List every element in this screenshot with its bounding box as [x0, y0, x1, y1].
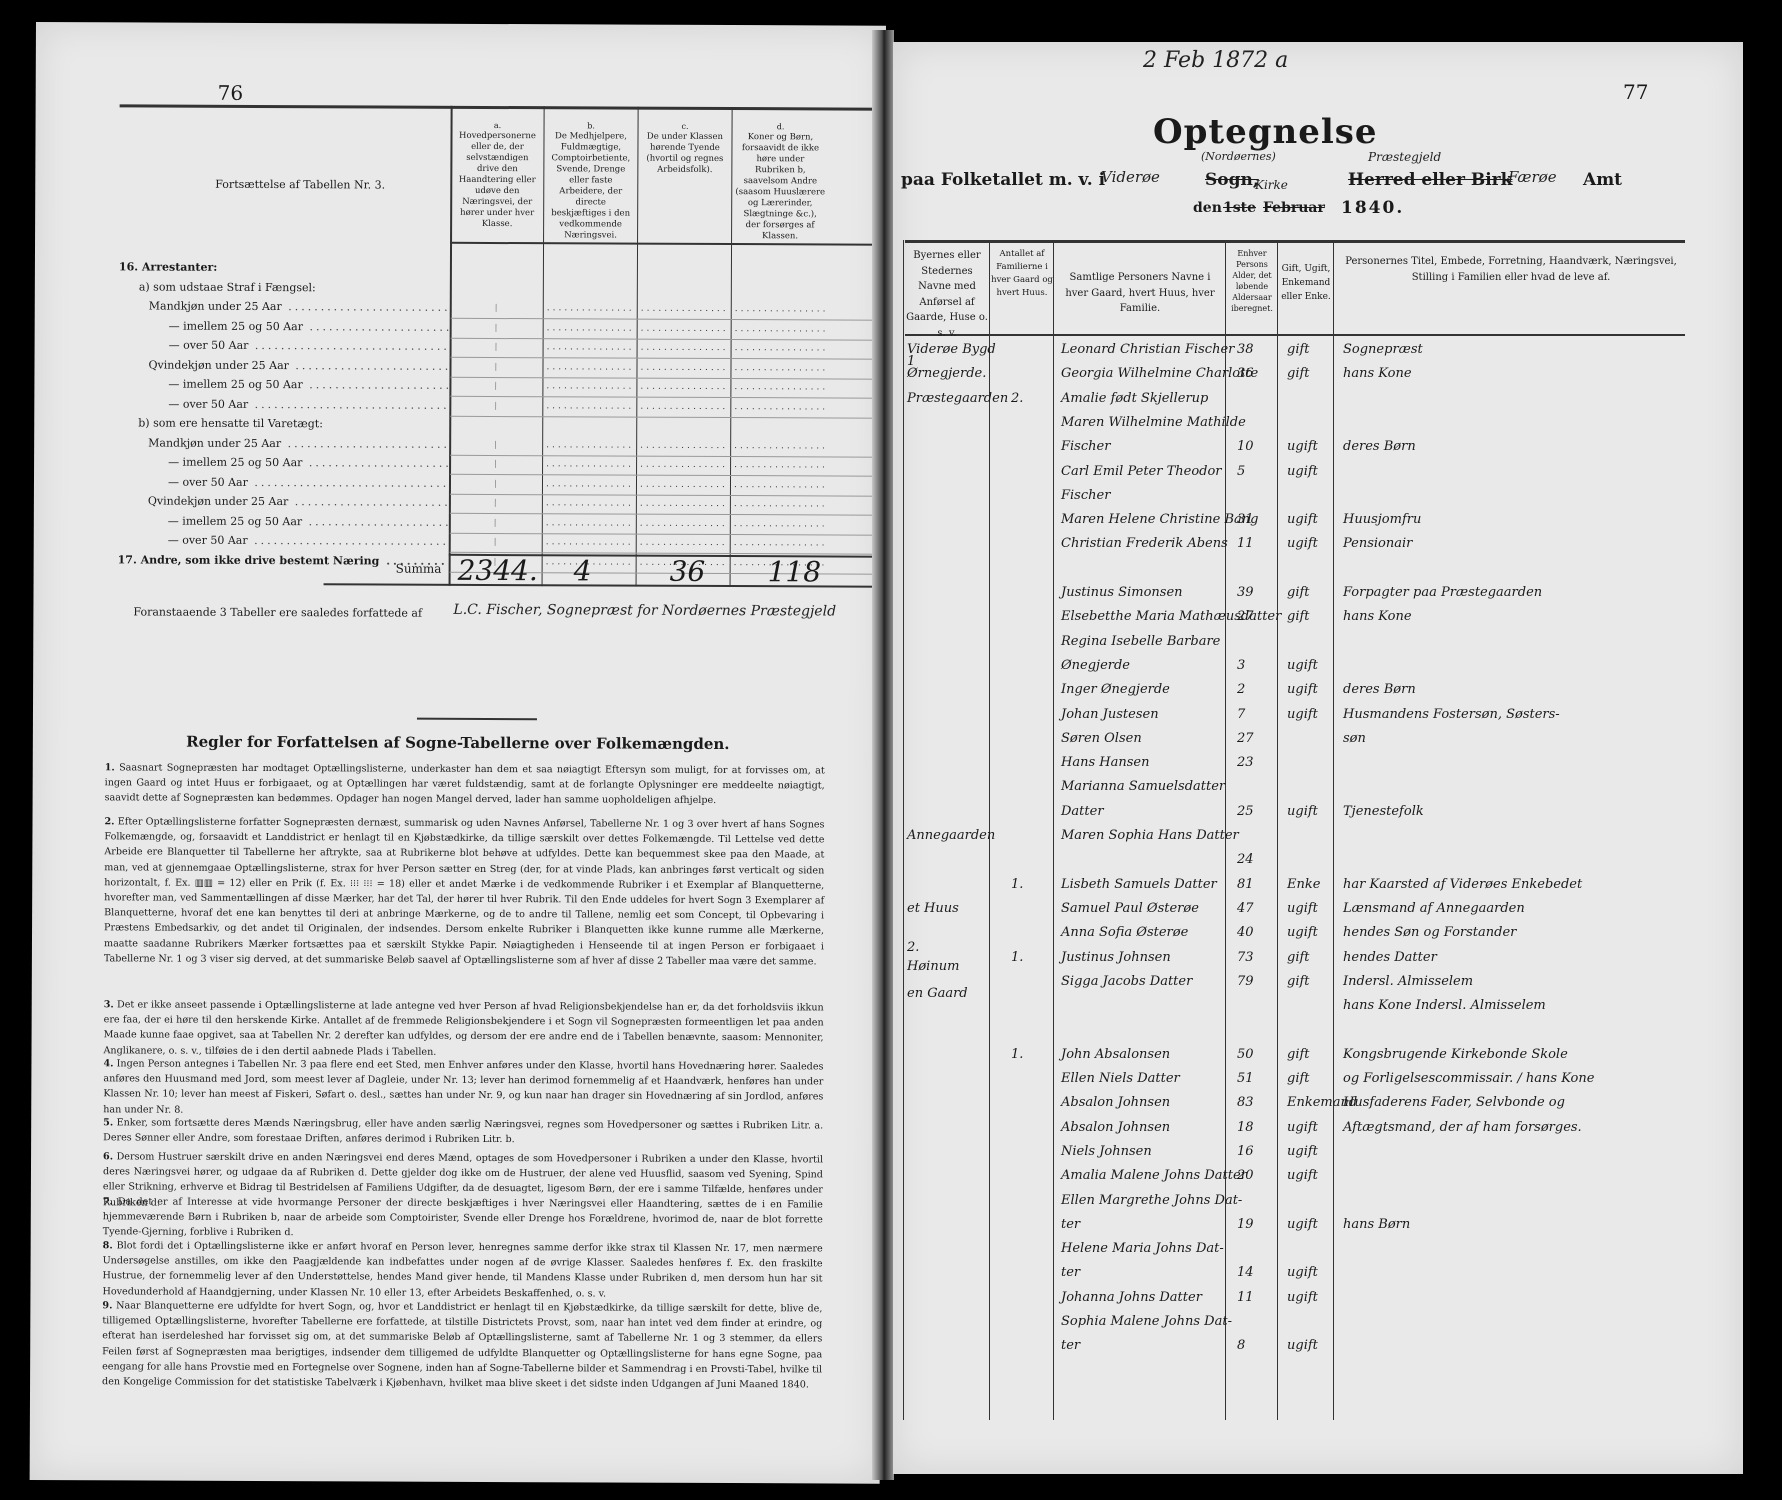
census-row: Maren Wilhelmine Mathilde	[893, 415, 1743, 439]
rule-paragraph: 4. Ingen Person antegnes i Tabellen Nr. …	[103, 1056, 823, 1120]
person-name: Amalia Malene Johns Datter	[1061, 1168, 1247, 1183]
empty-cell: |	[494, 459, 497, 468]
marital-status: ugift	[1287, 464, 1318, 479]
empty-cell: ..............................	[547, 323, 635, 333]
amt-handwritten: Færøe	[1508, 168, 1557, 186]
empty-cell: ..............................	[640, 538, 728, 548]
marital-status: ugift	[1287, 658, 1318, 673]
empty-cell: ..............................	[734, 402, 824, 412]
census-row: Regina Isebelle Barbare	[893, 634, 1743, 658]
row-label: Qvindekjøn under 25 Aar ................…	[148, 494, 448, 508]
empty-cell: ..............................	[546, 518, 634, 528]
column-header-status: Gift, Ugift, Enkemand eller Enke.	[1279, 262, 1333, 304]
census-row: 1.John Absalonsen50giftKongsbrugende Kir…	[893, 1047, 1743, 1071]
rule-paragraph: 3. Det er ikke anseet passende i Optælli…	[103, 997, 823, 1061]
person-age: 19	[1237, 1217, 1254, 1232]
page-number-left: 76	[218, 81, 244, 105]
person-name: Johanna Johns Datter	[1061, 1290, 1202, 1305]
person-name: Georgia Wilhelmine Charlotte	[1061, 366, 1258, 381]
arrestanter-rows: 16. Arrestanter:a) som udstaae Straf i F…	[36, 22, 886, 26]
row-label: 16. Arrestanter:	[119, 260, 217, 273]
census-row: 1.Lisbeth Samuels Datter81Enkehar Kaarst…	[893, 877, 1743, 901]
marital-status: gift	[1287, 366, 1310, 381]
census-row: Marianna Samuelsdatter	[893, 779, 1743, 803]
rule-number: 6.	[103, 1151, 113, 1162]
rule-text: Da det er af Interesse at vide hvormange…	[103, 1196, 823, 1238]
census-row: hans Kone Indersl. Almisselem	[893, 998, 1743, 1022]
date-day: 1ste	[1223, 200, 1256, 216]
date-year: 1840.	[1341, 198, 1404, 218]
signature-prefix: Foranstaaende 3 Tabeller ere saaledes fo…	[133, 605, 422, 619]
occupation: deres Børn	[1343, 439, 1416, 454]
marital-status: gift	[1287, 974, 1310, 989]
sogn-label: Sogn,	[1205, 170, 1259, 190]
row-rule	[450, 415, 884, 418]
header-top-rule	[905, 240, 1685, 243]
person-name: Carl Emil Peter Theodor	[1061, 464, 1222, 479]
person-name: Absalon Johnsen	[1061, 1120, 1170, 1135]
empty-cell: ..............................	[640, 382, 728, 392]
family-count: 1.	[1011, 877, 1023, 892]
occupation: hans Kone Indersl. Almisselem	[1343, 998, 1546, 1013]
page-title: Optegnelse	[1153, 112, 1378, 152]
column-header-families: Antallet af Familierne i hver Gaard og h…	[991, 248, 1053, 300]
date-month: Februar	[1263, 200, 1325, 216]
column-header-names: Samtlige Personers Navne i hver Gaard, h…	[1057, 270, 1223, 317]
marital-status: gift	[1287, 609, 1310, 624]
empty-cell: |	[494, 479, 497, 488]
empty-cell: ..............................	[640, 499, 728, 509]
person-age: 51	[1237, 1071, 1254, 1086]
marital-status: ugift	[1287, 439, 1318, 454]
marital-status: ugift	[1287, 901, 1318, 916]
occupation: har Kaarsted af Viderøes Enkebedet	[1343, 877, 1582, 892]
person-age: 27	[1237, 609, 1254, 624]
subtitle-prefix: paa Folketallet m. v. i	[901, 170, 1105, 190]
census-row: Ellen Niels Datter51giftog Forligelsesco…	[893, 1071, 1743, 1095]
marital-status: ugift	[1287, 1217, 1318, 1232]
row-rule	[450, 376, 884, 379]
census-row: Samuel Paul Østerøe47ugiftLænsmand af An…	[893, 901, 1743, 925]
person-name: Fischer	[1061, 439, 1110, 454]
person-name: Johan Justesen	[1061, 707, 1159, 722]
row-label: — over 50 Aar ..........................…	[169, 339, 449, 353]
empty-cell: |	[495, 342, 498, 351]
row-label: — imellem 25 og 50 Aar .................…	[168, 456, 448, 470]
empty-cell: ..............................	[546, 479, 634, 489]
rule-number: 3.	[104, 999, 114, 1010]
sogn-handwritten: Kirke	[1255, 178, 1288, 192]
empty-cell: ..............................	[734, 499, 824, 509]
archive-note: 2 Feb 1872 a	[1143, 48, 1288, 73]
census-row: Georgia Wilhelmine Charlotte36gifthans K…	[893, 366, 1743, 390]
census-row: Datter25ugiftTjenestefolk	[893, 804, 1743, 828]
census-row: ter14ugift	[893, 1265, 1743, 1289]
empty-cell: |	[495, 303, 498, 312]
marital-status: gift	[1287, 950, 1310, 965]
person-name: Ellen Margrethe Johns Dat-	[1061, 1193, 1242, 1208]
occupation: og Forligelsescommissair. / hans Kone	[1343, 1071, 1594, 1086]
marital-status: ugift	[1287, 1338, 1318, 1353]
marital-status: ugift	[1287, 925, 1318, 940]
empty-cell: ..............................	[735, 324, 825, 334]
occupation: Lænsmand af Annegaarden	[1343, 901, 1525, 916]
marital-status: ugift	[1287, 1120, 1318, 1135]
empty-cell: ..............................	[641, 304, 729, 314]
summa-b: 4	[574, 554, 592, 587]
empty-cell: ..............................	[640, 362, 728, 372]
occupation: Husmandens Fostersøn, Søsters-	[1343, 707, 1560, 722]
empty-cell: ..............................	[546, 537, 634, 547]
page-number-right: 77	[1623, 80, 1648, 104]
table-title: Fortsættelse af Tabellen Nr. 3.	[215, 178, 385, 192]
person-age: 11	[1237, 536, 1254, 551]
row-rule	[450, 532, 884, 535]
census-row: Elsebetthe Maria Mathæusdatter27gifthans…	[893, 609, 1743, 633]
census-row	[893, 561, 1743, 585]
family-count: 1.	[1011, 950, 1023, 965]
census-row: Ønegjerde3ugift	[893, 658, 1743, 682]
census-row: Maren Sophia Hans Datter	[893, 828, 1743, 852]
person-age: 39	[1237, 585, 1254, 600]
person-name: Datter	[1061, 804, 1104, 819]
rule-text: Blot fordi det i Optællingslisterne ikke…	[102, 1240, 822, 1299]
empty-cell: |	[494, 381, 497, 390]
marital-status: ugift	[1287, 682, 1318, 697]
empty-cell: ..............................	[734, 382, 824, 392]
person-age: 25	[1237, 804, 1254, 819]
census-row: Søren Olsen27søn	[893, 731, 1743, 755]
person-name: Helene Maria Johns Dat-	[1061, 1241, 1224, 1256]
row-label: — over 50 Aar ..........................…	[168, 534, 448, 548]
census-row: Inger Ønegjerde2ugiftderes Børn	[893, 682, 1743, 706]
census-row: Christian Frederik Abens11ugiftPensionai…	[893, 536, 1743, 560]
rule-text: Ingen Person antegnes i Tabellen Nr. 3 p…	[103, 1058, 823, 1115]
summa-a: 2344.	[458, 554, 538, 587]
census-row: Niels Johnsen16ugift	[893, 1144, 1743, 1168]
person-age: 47	[1237, 901, 1254, 916]
person-age: 73	[1237, 950, 1254, 965]
occupation: Forpagter paa Præstegaarden	[1343, 585, 1542, 600]
census-row: 1.Justinus Johnsen73gifthendes Datter	[893, 950, 1743, 974]
marital-status: ugift	[1287, 512, 1318, 527]
occupation: Indersl. Almisselem	[1343, 974, 1473, 989]
person-age: 81	[1237, 877, 1254, 892]
rule-paragraph: 1. Saasnart Sognepræsten har modtaget Op…	[105, 760, 825, 809]
row-label: Qvindekjøn under 25 Aar ................…	[148, 358, 448, 372]
row-label: — imellem 25 og 50 Aar .................…	[168, 514, 448, 528]
occupation: Sognepræst	[1343, 342, 1423, 357]
census-row: Fischer	[893, 488, 1743, 512]
person-age: 2	[1237, 682, 1245, 697]
empty-cell: ..............................	[640, 440, 728, 450]
summa-c: 36	[670, 555, 706, 588]
header-bottom-rule	[905, 334, 1685, 336]
census-row: ter19ugifthans Børn	[893, 1217, 1743, 1241]
person-age: 83	[1237, 1095, 1254, 1110]
person-age: 7	[1237, 707, 1245, 722]
ornament-divider	[417, 718, 537, 725]
column-header-place: Byernes eller Stedernes Navne med Anførs…	[905, 248, 989, 341]
person-age: 50	[1237, 1047, 1254, 1062]
rule-paragraph: 8. Blot fordi det i Optællingslisterne i…	[102, 1238, 822, 1302]
empty-cell: |	[494, 498, 497, 507]
occupation: deres Børn	[1343, 682, 1416, 697]
person-name: Niels Johnsen	[1061, 1144, 1152, 1159]
census-row: Ellen Margrethe Johns Dat-	[893, 1193, 1743, 1217]
empty-cell: ..............................	[734, 519, 824, 529]
empty-cell: |	[494, 518, 497, 527]
person-name: John Absalonsen	[1061, 1047, 1170, 1062]
census-row	[893, 1022, 1743, 1046]
census-row: Sigga Jacobs Datter79giftIndersl. Almiss…	[893, 974, 1743, 998]
person-name: Fischer	[1061, 488, 1110, 503]
person-name: Marianna Samuelsdatter	[1061, 779, 1225, 794]
person-age: 3	[1237, 658, 1245, 673]
rule-number: 1.	[105, 762, 115, 773]
column-header-c: c.De under Klassen hørende Tyende (hvort…	[641, 121, 728, 176]
person-name: Sigga Jacobs Datter	[1061, 974, 1192, 989]
census-row: Johanna Johns Datter11ugift	[893, 1290, 1743, 1314]
rule-paragraph: 7. Da det er af Interesse at vide hvorma…	[103, 1194, 823, 1243]
empty-cell: ..............................	[546, 459, 634, 469]
signature-handwritten: L.C. Fischer, Sognepræst for Nordøernes …	[453, 602, 836, 620]
row-rule	[450, 493, 884, 496]
occupation: Husfaderens Fader, Selvbonde og	[1343, 1095, 1565, 1110]
census-row: Johan Justesen7ugiftHusmandens Fostersøn…	[893, 707, 1743, 731]
person-name: Hans Hansen	[1061, 755, 1149, 770]
row-rule	[451, 357, 885, 360]
date-prefix: den	[1193, 200, 1222, 216]
person-age: 40	[1237, 925, 1254, 940]
person-name: ter	[1061, 1217, 1080, 1232]
person-name: Sophia Malene Johns Dat-	[1061, 1314, 1232, 1329]
rules-list: 1. Saasnart Sognepræsten har modtaget Op…	[36, 22, 886, 26]
row-rule	[451, 337, 885, 340]
empty-cell: ..............................	[735, 343, 825, 353]
person-age: 16	[1237, 1144, 1254, 1159]
person-age: 27	[1237, 731, 1254, 746]
family-count: 2.	[1011, 391, 1023, 406]
empty-cell: ..............................	[641, 323, 729, 333]
census-row: Sophia Malene Johns Dat-	[893, 1314, 1743, 1338]
marital-status: ugift	[1287, 707, 1318, 722]
person-age: 10	[1237, 439, 1254, 454]
row-rule	[450, 474, 884, 477]
census-row: ter8ugift	[893, 1338, 1743, 1362]
person-age: 23	[1237, 755, 1254, 770]
person-age: 31	[1237, 512, 1254, 527]
rule-number: 7.	[103, 1196, 113, 1207]
person-name: Inger Ønegjerde	[1061, 682, 1170, 697]
empty-cell: ..............................	[640, 460, 728, 470]
person-name: Maren Helene Christine Bang	[1061, 512, 1259, 527]
person-age: 8	[1237, 1338, 1245, 1353]
person-name: Lisbeth Samuels Datter	[1061, 877, 1217, 892]
row-label: — over 50 Aar ..........................…	[168, 475, 448, 489]
column-header-a: a.Hovedpersonerne eller de, der selvstæn…	[454, 120, 540, 230]
parish-handwritten: Viderøe	[1101, 168, 1160, 186]
person-name: ter	[1061, 1338, 1080, 1353]
person-name: Justinus Simonsen	[1061, 585, 1183, 600]
person-name: Ellen Niels Datter	[1061, 1071, 1180, 1086]
person-age: 5	[1237, 464, 1245, 479]
occupation: hendes Datter	[1343, 950, 1437, 965]
left-page: 76 Fortsættelse af Tabellen Nr. 3. a.Hov…	[30, 22, 886, 1484]
empty-cell: ..............................	[641, 343, 729, 353]
row-label: a) som udstaae Straf i Fængsel:	[139, 280, 316, 294]
occupation: Kongsbrugende Kirkebonde Skole	[1343, 1047, 1568, 1062]
marital-status: ugift	[1287, 536, 1318, 551]
empty-cell: |	[494, 440, 497, 449]
marital-status: gift	[1287, 1071, 1310, 1086]
empty-cell: ..............................	[547, 342, 635, 352]
occupation: Aftægtsmand, der af ham forsørges.	[1343, 1120, 1582, 1135]
column-header-b: b.De Medhjelpere, Fuldmægtige, Comptoirb…	[547, 120, 635, 241]
row-label: Mandkjøn under 25 Aar ..................…	[149, 299, 449, 313]
census-row: Justinus Simonsen39giftForpagter paa Præ…	[893, 585, 1743, 609]
summa-label: Summa	[396, 562, 442, 576]
empty-cell: ..............................	[734, 460, 824, 470]
person-name: Christian Frederik Abens	[1061, 536, 1228, 551]
marital-status: ugift	[1287, 1265, 1318, 1280]
book-binding	[872, 30, 894, 1480]
empty-cell: ..............................	[547, 303, 635, 313]
right-page: 2 Feb 1872 a 77 Optegnelse paa Folketall…	[893, 42, 1743, 1474]
person-age: 20	[1237, 1168, 1254, 1183]
person-name: Samuel Paul Østerøe	[1061, 901, 1199, 916]
person-age: 38	[1237, 342, 1254, 357]
rule-text: Det er ikke anseet passende i Optællings…	[103, 999, 823, 1057]
person-age: 36	[1237, 366, 1254, 381]
empty-cell: ..............................	[640, 479, 728, 489]
person-age: 24	[1237, 852, 1254, 867]
empty-cell: ..............................	[734, 480, 824, 490]
person-name: Søren Olsen	[1061, 731, 1142, 746]
marital-status: gift	[1287, 1047, 1310, 1062]
occupation: Tjenestefolk	[1343, 804, 1424, 819]
family-count: 1.	[1011, 1047, 1023, 1062]
row-rule	[451, 318, 885, 321]
herred-struck: Herred eller Birk	[1348, 170, 1512, 190]
census-row: Maren Helene Christine Bang31ugiftHuusjo…	[893, 512, 1743, 536]
empty-cell: ..............................	[546, 362, 634, 372]
marital-status: Enke	[1287, 877, 1320, 892]
census-row: Absalon Johnsen18ugiftAftægtsmand, der a…	[893, 1120, 1743, 1144]
rule-paragraph: 5. Enker, som fortsætte deres Mænds Næri…	[103, 1115, 823, 1149]
marital-status: ugift	[1287, 1290, 1318, 1305]
census-row: Amalia Malene Johns Datter20ugift	[893, 1168, 1743, 1192]
rule-number: 8.	[103, 1240, 113, 1251]
column-header-occupation: Personernes Titel, Embede, Forretning, H…	[1339, 254, 1683, 285]
column-header-age: Enhver Persons Alder, det løbende Alders…	[1227, 248, 1277, 314]
empty-cell: ..............................	[734, 441, 824, 451]
occupation: hans Kone	[1343, 609, 1412, 624]
column-header-d: d.Koner og Børn, forsaavidt de ikke høre…	[735, 121, 826, 242]
census-row: Leonard Christian Fischer38giftSognepræs…	[893, 342, 1743, 366]
rule-text: Naar Blanquetterne ere udfyldte for hver…	[102, 1300, 822, 1390]
empty-cell: ..............................	[546, 498, 634, 508]
row-label: — over 50 Aar ..........................…	[168, 397, 448, 411]
empty-cell: ..............................	[734, 538, 824, 548]
person-age: 11	[1237, 1290, 1254, 1305]
census-row: Absalon Johnsen83EnkemandHusfaderens Fad…	[893, 1095, 1743, 1119]
rule-text: Efter Optællingslisterne forfatter Sogne…	[104, 816, 825, 967]
empty-cell: |	[495, 323, 498, 332]
empty-cell: ..............................	[640, 401, 728, 411]
person-name: Justinus Johnsen	[1061, 950, 1171, 965]
empty-cell: ..............................	[735, 304, 825, 314]
rule-paragraph: 9. Naar Blanquetterne ere udfyldte for h…	[102, 1298, 822, 1392]
summa-d: 118	[768, 555, 822, 588]
census-row: Fischer10ugiftderes Børn	[893, 439, 1743, 463]
row-label: — imellem 25 og 50 Aar .................…	[168, 378, 448, 392]
rules-title: Regler for Forfattelsen af Sogne-Tabelle…	[33, 732, 883, 754]
rule-number: 2.	[104, 816, 114, 827]
herred-handwritten: Præstegjeld	[1368, 150, 1441, 164]
census-row: 24	[893, 852, 1743, 876]
parish-insert: (Nordøernes)	[1201, 150, 1276, 163]
row-label: — imellem 25 og 50 Aar .................…	[169, 319, 449, 333]
empty-cell: |	[494, 537, 497, 546]
rule-paragraph: 2. Efter Optællingslisterne forfatter So…	[104, 814, 825, 969]
person-name: Absalon Johnsen	[1061, 1095, 1170, 1110]
rule-number: 9.	[102, 1300, 112, 1311]
rule-text: Enker, som fortsætte deres Mænds Nærings…	[103, 1117, 823, 1145]
marital-status: ugift	[1287, 1168, 1318, 1183]
row-label: b) som ere hensatte til Varetægt:	[138, 416, 323, 430]
rule-text: Saasnart Sognepræsten har modtaget Optæl…	[105, 762, 825, 806]
occupation: søn	[1343, 731, 1366, 746]
person-age: 14	[1237, 1265, 1254, 1280]
person-age: 18	[1237, 1120, 1254, 1135]
census-row: Carl Emil Peter Theodor5ugift	[893, 464, 1743, 488]
census-row: Hans Hansen23	[893, 755, 1743, 779]
row-rule	[450, 454, 884, 457]
marital-status: gift	[1287, 585, 1310, 600]
occupation: Huusjomfru	[1343, 512, 1421, 527]
empty-cell: ..............................	[640, 518, 728, 528]
occupation: hendes Søn og Forstander	[1343, 925, 1516, 940]
person-name: Ønegjerde	[1061, 658, 1130, 673]
marital-status: gift	[1287, 342, 1310, 357]
row-label: Mandkjøn under 25 Aar ..................…	[148, 436, 448, 450]
census-row: 2.Amalie født Skjellerup	[893, 391, 1743, 415]
person-name: Amalie født Skjellerup	[1061, 391, 1208, 406]
person-name: Maren Sophia Hans Datter	[1061, 828, 1239, 843]
empty-cell: ..............................	[546, 381, 634, 391]
empty-cell: ..............................	[546, 401, 634, 411]
occupation: hans Kone	[1343, 366, 1412, 381]
person-name: ter	[1061, 1265, 1080, 1280]
occupation: hans Børn	[1343, 1217, 1410, 1232]
marital-status: ugift	[1287, 1144, 1318, 1159]
empty-cell: ..............................	[546, 440, 634, 450]
row-rule	[450, 396, 884, 399]
rule-number: 5.	[103, 1117, 113, 1128]
empty-cell: ..............................	[734, 363, 824, 373]
top-rule	[120, 104, 886, 110]
census-row: Helene Maria Johns Dat-	[893, 1241, 1743, 1265]
person-name: Maren Wilhelmine Mathilde	[1061, 415, 1246, 430]
occupation: Pensionair	[1343, 536, 1412, 551]
person-name: Regina Isebelle Barbare	[1061, 634, 1220, 649]
row-rule	[450, 513, 884, 516]
empty-cell: |	[494, 362, 497, 371]
rule-number: 4.	[103, 1058, 113, 1069]
amt-label: Amt	[1583, 170, 1622, 190]
marital-status: ugift	[1287, 804, 1318, 819]
